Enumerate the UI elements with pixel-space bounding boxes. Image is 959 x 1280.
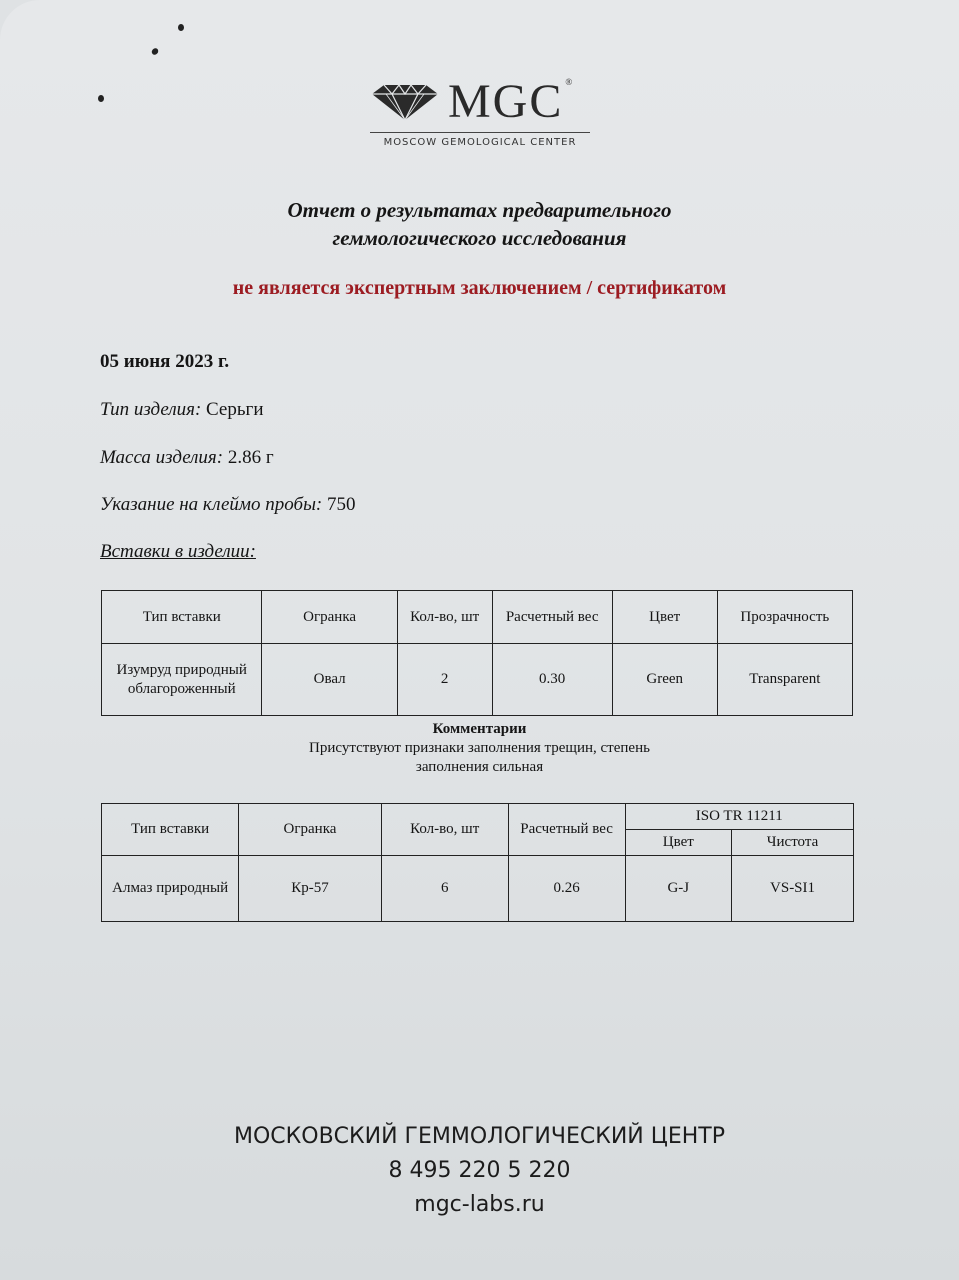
comments-text: заполнения сильная <box>0 758 959 777</box>
emerald-table: Тип вставки Огранка Кол-во, шт Расчетный… <box>101 590 853 716</box>
logo-brand: MGC® <box>448 78 574 126</box>
comments-text: Присутствуют признаки заполнения трещин,… <box>0 739 959 758</box>
footer-org: МОСКОВСКИЙ ГЕММОЛОГИЧЕСКИЙ ЦЕНТР <box>0 1120 959 1154</box>
footer-website: mgc-labs.ru <box>0 1188 959 1222</box>
punch-hole <box>98 95 104 102</box>
inserts-heading: Вставки в изделии: <box>100 541 256 563</box>
comments-title: Комментарии <box>0 720 959 739</box>
punch-hole <box>150 47 159 56</box>
item-mass-field: Масса изделия: 2.86 г <box>100 447 274 469</box>
punch-hole <box>178 24 184 31</box>
logo-divider <box>370 132 590 133</box>
table-row: Алмаз природный Кр-57 6 0.26 G-J VS-SI1 <box>102 856 854 922</box>
report-date: 05 июня 2023 г. <box>100 351 229 373</box>
iso-group-header: ISO TR 11211 <box>625 804 854 830</box>
report-title: Отчет о результатах предварительного гем… <box>0 196 959 252</box>
diamond-table: Тип вставки Огранка Кол-во, шт Расчетный… <box>101 803 854 922</box>
document-page: MGC® MOSCOW GEMOLOGICAL CENTER Отчет о р… <box>0 0 959 1280</box>
item-type-field: Тип изделия: Серьги <box>100 399 264 421</box>
logo-subtitle: MOSCOW GEMOLOGICAL CENTER <box>370 137 590 148</box>
hallmark-field: Указание на клеймо пробы: 750 <box>100 494 356 516</box>
diamond-icon <box>370 82 440 122</box>
disclaimer-text: не является экспертным заключением / сер… <box>0 277 959 300</box>
table-header-row: Тип вставки Огранка Кол-во, шт Расчетный… <box>102 591 853 644</box>
footer-contacts: МОСКОВСКИЙ ГЕММОЛОГИЧЕСКИЙ ЦЕНТР 8 495 2… <box>0 1120 959 1222</box>
mgc-logo: MGC® MOSCOW GEMOLOGICAL CENTER <box>370 78 590 148</box>
table-row: Изумруд природный облагороженный Овал 2 … <box>102 644 853 716</box>
comments-block: Комментарии Присутствуют признаки заполн… <box>0 720 959 777</box>
table-header-row: Тип вставки Огранка Кол-во, шт Расчетный… <box>102 804 854 830</box>
footer-phone: 8 495 220 5 220 <box>0 1154 959 1188</box>
